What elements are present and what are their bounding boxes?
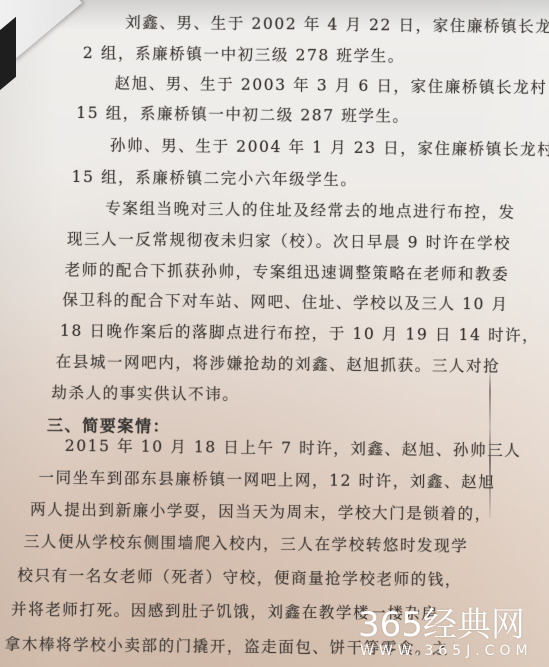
text-line: 2 组，系廉桥镇一中初三级 278 班学生。 [83, 41, 405, 66]
text-line: 18 日晚作案后的落脚点进行布控，于 10 月 19 日 14 时许， [60, 319, 540, 346]
text-line: 现三人一反常规彻夜未归家（校）。次日早晨 9 时许在学校 [67, 227, 511, 254]
text-line: 刘鑫、男、生于 2002 年 4 月 22 日，家住廉桥镇长龙村 [125, 10, 549, 37]
text-line: 赵旭、男、生于 2003 年 3 月 6 日，家住廉桥镇长龙村 [114, 71, 547, 98]
text-line: 2015 年 10 月 18 日上午 7 时许，刘鑫、赵旭、孙帅三人 [65, 434, 522, 461]
watermark-title: 365经典网 [358, 607, 533, 643]
text-line: 劫杀人的事实供认不讳。 [51, 381, 239, 405]
watermark-url: WWW.365J.COM [360, 643, 533, 659]
text-line: 在县城一网吧内，将涉嫌抢劫的刘鑫、赵旭抓获。三人对抢 [56, 350, 501, 377]
text-line: 保卫科的配合下对车站、网吧、住址、学校以及三人 10 月 [62, 288, 509, 315]
text-line: 老师的配合下抓获孙帅，专案组迅速调整策略在老师和教委 [65, 258, 510, 285]
text-line: 专案组当晚对三人的住址及经常去的地点进行布控，发 [105, 196, 516, 222]
text-line: 两人提出到新廉小学耍，因当天为周末，学校大门是锁着的， [30, 497, 492, 524]
pencil-mark [489, 368, 491, 518]
document-photo: 刘鑫、男、生于 2002 年 4 月 22 日，家住廉桥镇长龙村 2 组，系廉桥… [0, 0, 549, 667]
text-line: 三人便从学校东侧围墙爬入校内，三人在学校转悠时发现学 [24, 529, 469, 556]
text-line: 一同坐车到邵东县廉桥镇一网吧上网，12 时许，刘鑫、赵旭 [38, 466, 495, 493]
text-line: 校只有一名女老师（死者）守校，便商量抢学校老师的钱， [17, 563, 462, 590]
text-line: 15 组，系廉桥镇一中初二级 287 班学生。 [76, 101, 410, 126]
watermark: 365经典网 WWW.365J.COM [358, 607, 533, 659]
text-line: 15 组，系廉桥镇二完小六年级学生。 [71, 165, 357, 190]
text-line: 孙帅、男、生于 2004 年 1 月 23 日，家住廉桥镇长龙村 [110, 133, 549, 160]
document-body: 刘鑫、男、生于 2002 年 4 月 22 日，家住廉桥镇长龙村 2 组，系廉桥… [0, 0, 549, 667]
